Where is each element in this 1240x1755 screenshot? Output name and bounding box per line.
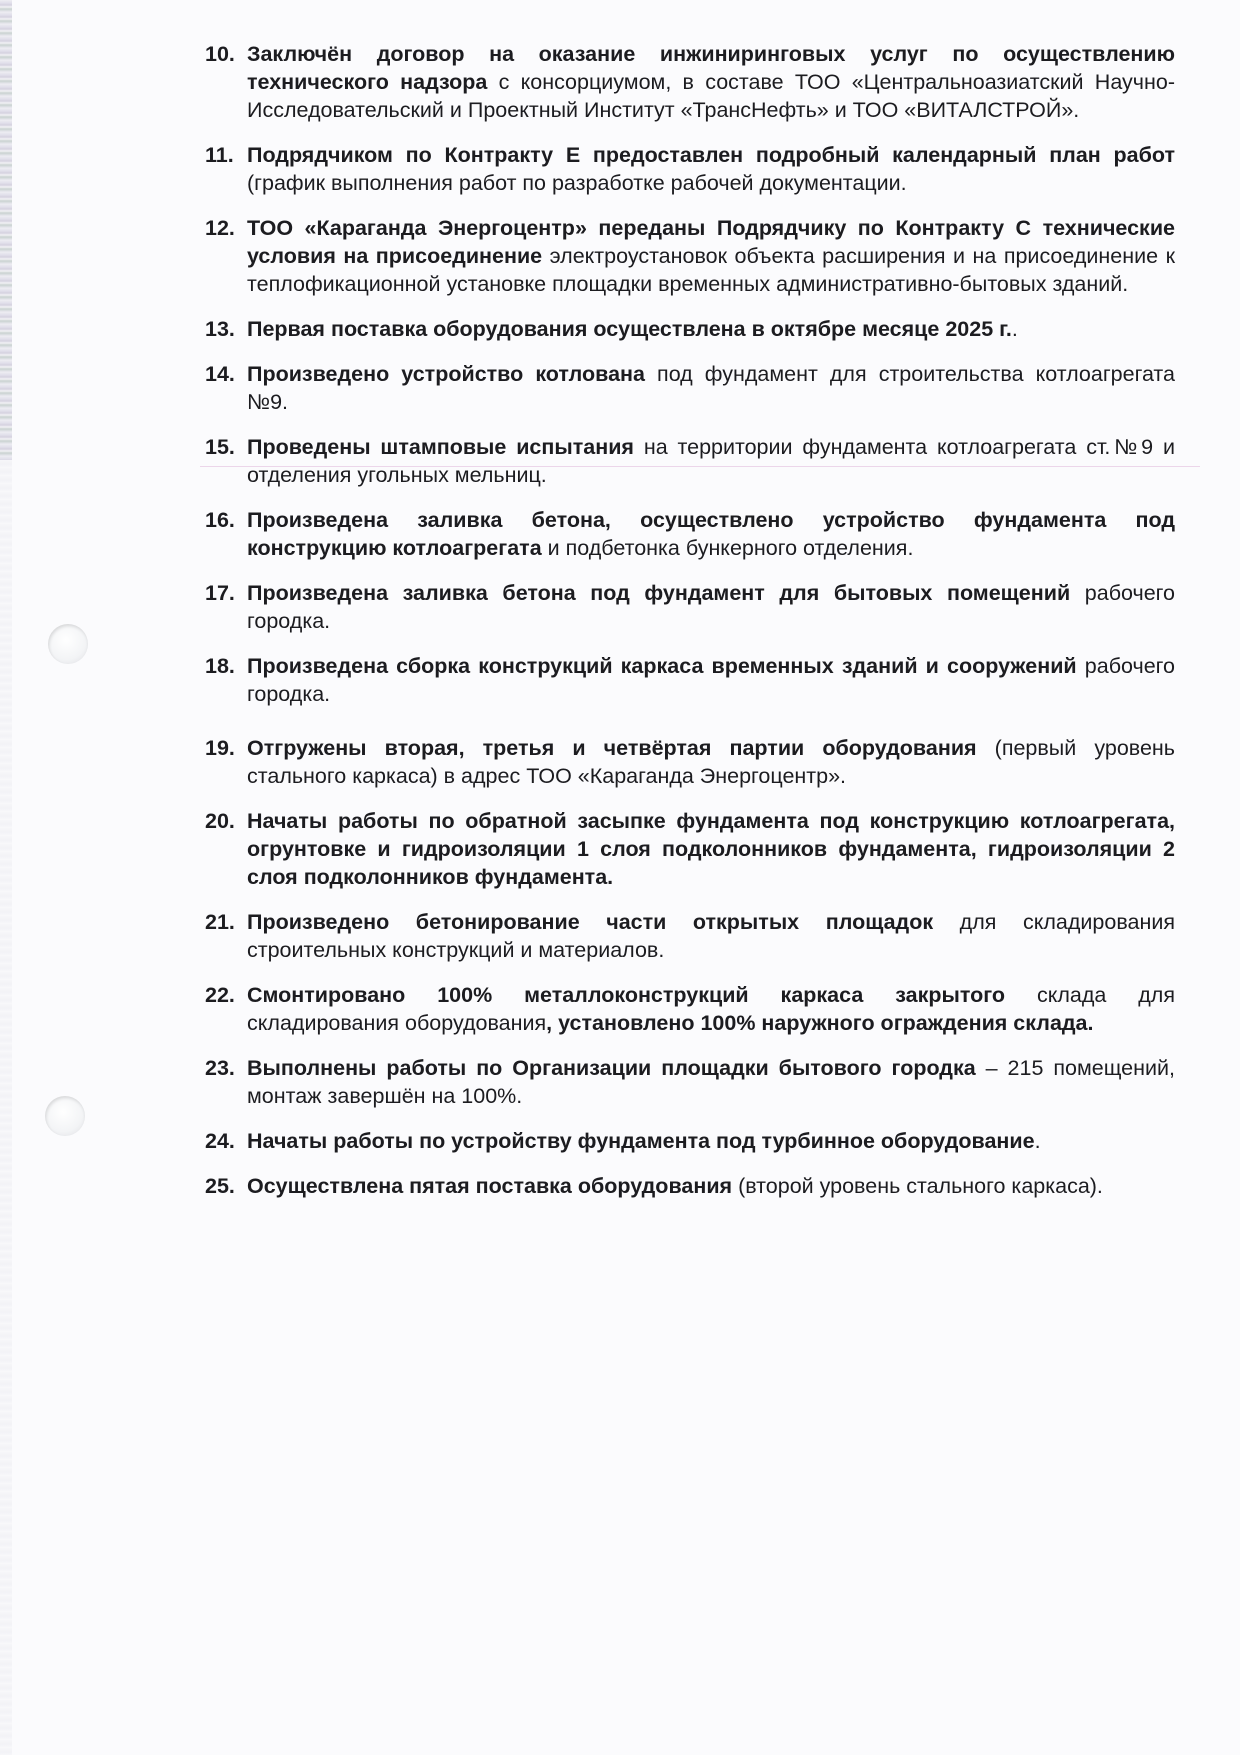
- item-number: 15.: [205, 433, 235, 461]
- item-text: и подбетонка бункерного отделения.: [542, 536, 914, 560]
- item-number: 11.: [205, 141, 234, 169]
- item-number: 10.: [205, 40, 235, 68]
- item-bold-text: Смонтировано 100% металлоконструкций кар…: [247, 983, 1005, 1007]
- list-item-18: 18.Произведена сборка конструкций каркас…: [205, 652, 1175, 708]
- item-number: 17.: [205, 579, 235, 607]
- item-number: 13.: [205, 315, 235, 343]
- item-bold-text: Подрядчиком по Контракту Е предоставлен …: [247, 143, 1175, 167]
- item-number: 24.: [205, 1127, 235, 1155]
- item-bold-text-2: , установлено 100% наружного ограждения …: [546, 1011, 1093, 1035]
- list-item-25: 25.Осуществлена пятая поставка оборудова…: [205, 1172, 1175, 1200]
- item-bold-text: Проведены штамповые испытания: [247, 435, 634, 459]
- item-text: .: [1035, 1129, 1041, 1153]
- item-number: 21.: [205, 908, 235, 936]
- list-item-24: 24.Начаты работы по устройству фундамент…: [205, 1127, 1175, 1155]
- item-bold-text: Произведена заливка бетона под фундамент…: [247, 581, 1070, 605]
- item-number: 14.: [205, 360, 235, 388]
- item-bold-text: Произведено устройство котлована: [247, 362, 645, 386]
- item-bold-text: Осуществлена пятая поставка оборудования: [247, 1174, 732, 1198]
- list-item-17: 17.Произведена заливка бетона под фундам…: [205, 579, 1175, 635]
- item-number: 18.: [205, 652, 235, 680]
- item-number: 16.: [205, 506, 235, 534]
- list-item-20: 20.Начаты работы по обратной засыпке фун…: [205, 807, 1175, 891]
- item-text: .: [1012, 317, 1018, 341]
- item-text: (график выполнения работ по разработке р…: [247, 171, 907, 195]
- item-bold-text: Произведено бетонирование части открытых…: [247, 910, 933, 934]
- list-item-11: 11.Подрядчиком по Контракту Е предоставл…: [205, 141, 1175, 197]
- scan-edge-artifact-lower: [0, 460, 12, 1755]
- item-number: 23.: [205, 1054, 235, 1082]
- punch-hole: [48, 624, 88, 664]
- item-bold-text: Первая поставка оборудования осуществлен…: [247, 317, 1012, 341]
- scan-edge-artifact: [0, 0, 12, 460]
- list-item-14: 14.Произведено устройство котлована под …: [205, 360, 1175, 416]
- list-item-16: 16.Произведена заливка бетона, осуществл…: [205, 506, 1175, 562]
- list-item-21: 21.Произведено бетонирование части откры…: [205, 908, 1175, 964]
- list-item-15: 15.Проведены штамповые испытания на терр…: [205, 433, 1175, 489]
- punch-hole: [45, 1096, 85, 1136]
- list-item-12: 12.ТОО «Караганда Энергоцентр» переданы …: [205, 214, 1175, 298]
- list-item-13: 13.Первая поставка оборудования осуществ…: [205, 315, 1175, 343]
- list-item-19: 19.Отгружены вторая, третья и четвёртая …: [205, 734, 1175, 790]
- item-number: 25.: [205, 1172, 235, 1200]
- numbered-list: 10.Заключён договор на оказание инжинири…: [205, 40, 1175, 1217]
- item-bold-text: Начаты работы по обратной засыпке фундам…: [247, 809, 1175, 889]
- item-text: (второй уровень стального каркаса).: [732, 1174, 1103, 1198]
- item-bold-text: Отгружены вторая, третья и четвёртая пар…: [247, 736, 977, 760]
- item-number: 20.: [205, 807, 235, 835]
- list-item-10: 10.Заключён договор на оказание инжинири…: [205, 40, 1175, 124]
- list-item-22: 22.Смонтировано 100% металлоконструкций …: [205, 981, 1175, 1037]
- item-number: 12.: [205, 214, 235, 242]
- item-bold-text: Произведена сборка конструкций каркаса в…: [247, 654, 1077, 678]
- item-bold-text: Начаты работы по устройству фундамента п…: [247, 1129, 1035, 1153]
- item-number: 19.: [205, 734, 235, 762]
- item-bold-text: Выполнены работы по Организации площадки…: [247, 1056, 976, 1080]
- list-item-23: 23.Выполнены работы по Организации площа…: [205, 1054, 1175, 1110]
- item-number: 22.: [205, 981, 235, 1009]
